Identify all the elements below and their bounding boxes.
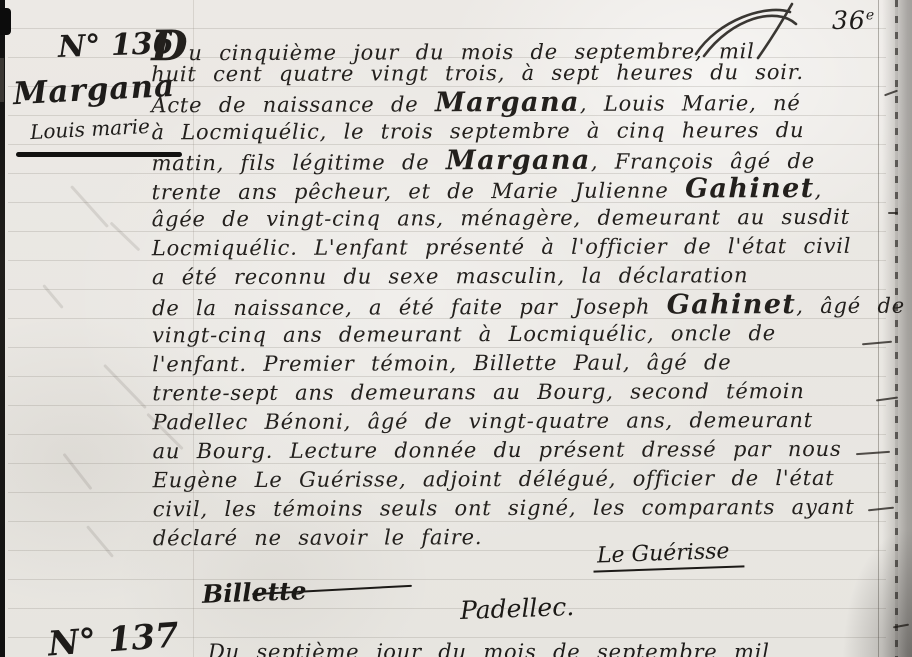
record-line-segment: âgée de vingt-cinq ans, ménagère, demeur… — [152, 205, 850, 231]
record-line: Eugène Le Guérisse, adjoint délégué, off… — [153, 464, 895, 496]
record-name-emphasis: Gahinet — [667, 289, 797, 320]
record-line-segment: Padellec Bénoni, âgé de vingt-quatre ans… — [152, 408, 813, 434]
record-line: trente-sept ans demeurans au Bourg, seco… — [152, 377, 894, 409]
record-text: Du cinquième jour du mois de septembre, … — [151, 29, 895, 554]
record-line-segment: l'enfant. Premier témoin, Billette Paul,… — [152, 350, 731, 376]
record-line-segment: trente-sept ans demeurans au Bourg, seco… — [152, 379, 804, 405]
record-line-segment: Eugène Le Guérisse, adjoint délégué, off… — [153, 466, 835, 492]
record-line-segment: civil, les témoins seuls ont signé, les … — [153, 495, 855, 521]
record-line: vingt-cinq ans demeurant à Locmiquélic, … — [152, 319, 894, 351]
scanned-register-page: 36e N° 136 Margana Louis marie N° 137 Du… — [0, 0, 912, 657]
record-line: à Locmiquélic, le trois septembre à cinq… — [151, 116, 893, 148]
signature-witness2: Padellec. — [460, 592, 575, 625]
record-line: de la naissance, a été faite par Joseph … — [152, 290, 894, 322]
record-line-segment: , Louis Marie, né — [580, 91, 801, 116]
folio-number-suffix: e — [866, 8, 875, 24]
record-line: âgée de vingt-cinq ans, ménagère, demeur… — [152, 203, 894, 235]
record-line-segment: à Locmiquélic, le trois septembre à cinq… — [151, 118, 804, 144]
record-line-segment: trente ans pêcheur, et de Marie Julienne — [152, 178, 685, 204]
record-line: l'enfant. Premier témoin, Billette Paul,… — [152, 348, 894, 380]
ink-mark — [888, 212, 898, 214]
record-line-segment: au Bourg. Lecture donnée du présent dres… — [153, 437, 842, 463]
record-line-segment: matin, fils légitime de — [152, 150, 446, 175]
record-line: civil, les témoins seuls ont signé, les … — [153, 493, 895, 525]
record-line-segment: a été reconnu du sexe masculin, la décla… — [152, 263, 748, 289]
record-line-segment: Locmiquélic. L'enfant présenté à l'offic… — [152, 234, 852, 260]
left-edge-mark — [0, 58, 4, 102]
record-line-segment: huit cent quatre vingt trois, à sept heu… — [151, 60, 804, 86]
next-record-first-line: Du septième jour du mois de septembre mi… — [208, 640, 770, 657]
record-line: a été reconnu du sexe masculin, la décla… — [152, 261, 894, 293]
record-line-segment: , âgé de — [796, 294, 905, 318]
record-line: matin, fils légitime de Margana, Françoi… — [151, 145, 893, 177]
record-line: au Bourg. Lecture donnée du présent dres… — [153, 435, 895, 467]
record-line-segment: , — [815, 178, 823, 202]
record-line: Padellec Bénoni, âgé de vingt-quatre ans… — [152, 406, 894, 438]
record-name-emphasis: Margana — [435, 87, 580, 119]
record-line: Du cinquième jour du mois de septembre, … — [151, 29, 893, 61]
record-line: déclaré ne savoir le faire. — [153, 522, 895, 554]
signature-officiant: Le Guérisse — [593, 538, 744, 572]
record-line-segment: de la naissance, a été faite par Joseph — [152, 294, 667, 320]
record-name-emphasis: Gahinet — [685, 173, 815, 204]
record-line-segment: déclaré ne savoir le faire. — [153, 525, 483, 550]
record-line: trente ans pêcheur, et de Marie Julienne… — [152, 174, 894, 206]
record-name-emphasis: Margana — [446, 145, 591, 177]
record-line-segment: , François âgé de — [591, 149, 815, 174]
record-line-segment: vingt-cinq ans demeurant à Locmiquélic, … — [152, 321, 776, 347]
record-line-segment: Acte de naissance de — [151, 92, 435, 117]
record-line: Locmiquélic. L'enfant présenté à l'offic… — [152, 232, 894, 264]
record-line: huit cent quatre vingt trois, à sept heu… — [151, 58, 893, 90]
record-line: Acte de naissance de Margana, Louis Mari… — [151, 87, 893, 119]
left-edge-ink-blob — [0, 8, 11, 35]
